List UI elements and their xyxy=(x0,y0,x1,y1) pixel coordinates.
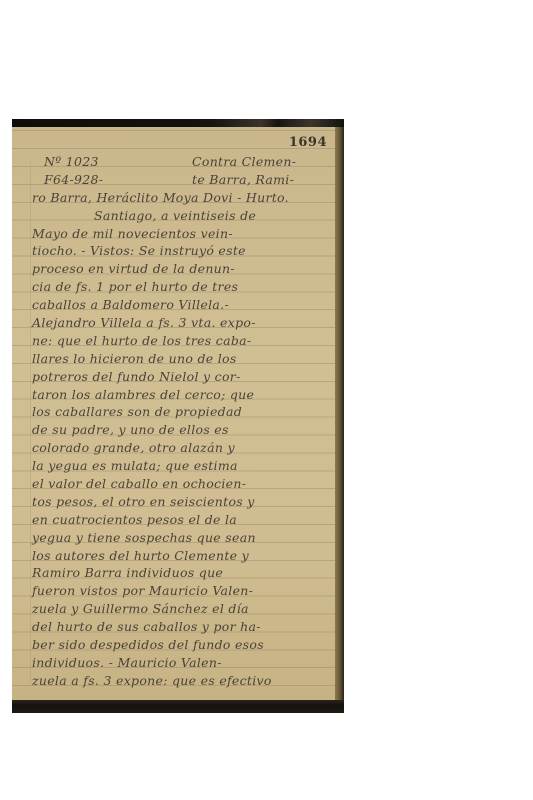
case-number: Nº 1023 xyxy=(44,153,99,171)
line-text: la yegua es mulata; que estima xyxy=(32,457,238,475)
line-text: ne: que el hurto de los tres caba- xyxy=(32,332,251,350)
text-line: potreros del fundo Nielol y cor- xyxy=(12,368,335,386)
line-text: yegua y tiene sospechas que sean xyxy=(32,529,256,547)
caption-line: Contra Clemen- xyxy=(192,153,296,171)
page-number: 1694 xyxy=(289,135,327,150)
line-text: caballos a Baldomero Villela.- xyxy=(32,296,229,314)
text-line: la yegua es mulata; que estima xyxy=(12,457,335,475)
line-text: ro Barra, Heráclito Moya Dovi - Hurto. xyxy=(32,189,289,207)
page-bottom-edge xyxy=(12,700,344,713)
page-top-edge xyxy=(12,119,344,127)
text-line: de su padre, y uno de ellos es xyxy=(12,421,335,439)
text-line: en cuatrocientos pesos el de la xyxy=(12,511,335,529)
text-line: individuos. - Mauricio Valen- xyxy=(12,654,335,672)
text-line: F64-928- te Barra, Rami- xyxy=(12,171,335,189)
handwritten-text: Nº 1023 Contra Clemen- F64-928- te Barra… xyxy=(12,153,335,690)
text-line: cia de fs. 1 por el hurto de tres xyxy=(12,278,335,296)
line-text: el valor del caballo en ochocien- xyxy=(32,475,246,493)
line-text: individuos. - Mauricio Valen- xyxy=(32,654,222,672)
page-edge-right xyxy=(335,127,344,700)
text-line: ber sido despedidos del fundo esos xyxy=(12,636,335,654)
line-text: proceso en virtud de la denun- xyxy=(32,260,235,278)
text-line: colorado grande, otro alazán y xyxy=(12,439,335,457)
line-text: Santiago, a veintiseis de xyxy=(94,207,256,225)
line-text: potreros del fundo Nielol y cor- xyxy=(32,368,241,386)
text-line: Mayo de mil novecientos vein- xyxy=(12,225,335,243)
line-text: cia de fs. 1 por el hurto de tres xyxy=(32,278,238,296)
line-text: zuela a fs. 3 expone: que es efectivo xyxy=(32,672,272,690)
text-line: taron los alambres del cerco; que xyxy=(12,386,335,404)
text-line: Ramiro Barra individuos que xyxy=(12,564,335,582)
text-line: Santiago, a veintiseis de xyxy=(12,207,335,225)
text-line: llares lo hicieron de uno de los xyxy=(12,350,335,368)
line-text: Ramiro Barra individuos que xyxy=(32,564,223,582)
text-line: zuela a fs. 3 expone: que es efectivo xyxy=(12,672,335,690)
caption-line: te Barra, Rami- xyxy=(192,171,294,189)
line-text: fueron vistos por Mauricio Valen- xyxy=(32,582,253,600)
text-line: Nº 1023 Contra Clemen- xyxy=(12,153,335,171)
line-text: los autores del hurto Clemente y xyxy=(32,547,249,565)
document-page: 1694 Nº 1023 Contra Clemen- F64-928- te … xyxy=(12,127,335,700)
line-text: tos pesos, el otro en seiscientos y xyxy=(32,493,255,511)
line-text: taron los alambres del cerco; que xyxy=(32,386,254,404)
line-text: llares lo hicieron de uno de los xyxy=(32,350,237,368)
text-line: ne: que el hurto de los tres caba- xyxy=(12,332,335,350)
line-text: Mayo de mil novecientos vein- xyxy=(32,225,233,243)
text-line: fueron vistos por Mauricio Valen- xyxy=(12,582,335,600)
text-line: yegua y tiene sospechas que sean xyxy=(12,529,335,547)
text-line: del hurto de sus caballos y por ha- xyxy=(12,618,335,636)
line-text: en cuatrocientos pesos el de la xyxy=(32,511,237,529)
text-line: los caballares son de propiedad xyxy=(12,403,335,421)
line-text: ber sido despedidos del fundo esos xyxy=(32,636,264,654)
line-text: tiocho. - Vistos: Se instruyó este xyxy=(32,242,246,260)
text-line: el valor del caballo en ochocien- xyxy=(12,475,335,493)
text-line: proceso en virtud de la denun- xyxy=(12,260,335,278)
text-line: zuela y Guillermo Sánchez el día xyxy=(12,600,335,618)
line-text: de su padre, y uno de ellos es xyxy=(32,421,229,439)
line-text: zuela y Guillermo Sánchez el día xyxy=(32,600,249,618)
line-text: del hurto de sus caballos y por ha- xyxy=(32,618,261,636)
text-line: tos pesos, el otro en seiscientos y xyxy=(12,493,335,511)
text-line: los autores del hurto Clemente y xyxy=(12,547,335,565)
line-text: colorado grande, otro alazán y xyxy=(32,439,235,457)
text-line: ro Barra, Heráclito Moya Dovi - Hurto. xyxy=(12,189,335,207)
file-reference: F64-928- xyxy=(44,171,103,189)
text-line: caballos a Baldomero Villela.- xyxy=(12,296,335,314)
text-line: Alejandro Villela a fs. 3 vta. expo- xyxy=(12,314,335,332)
text-line: tiocho. - Vistos: Se instruyó este xyxy=(12,242,335,260)
line-text: los caballares son de propiedad xyxy=(32,403,242,421)
line-text: Alejandro Villela a fs. 3 vta. expo- xyxy=(32,314,256,332)
